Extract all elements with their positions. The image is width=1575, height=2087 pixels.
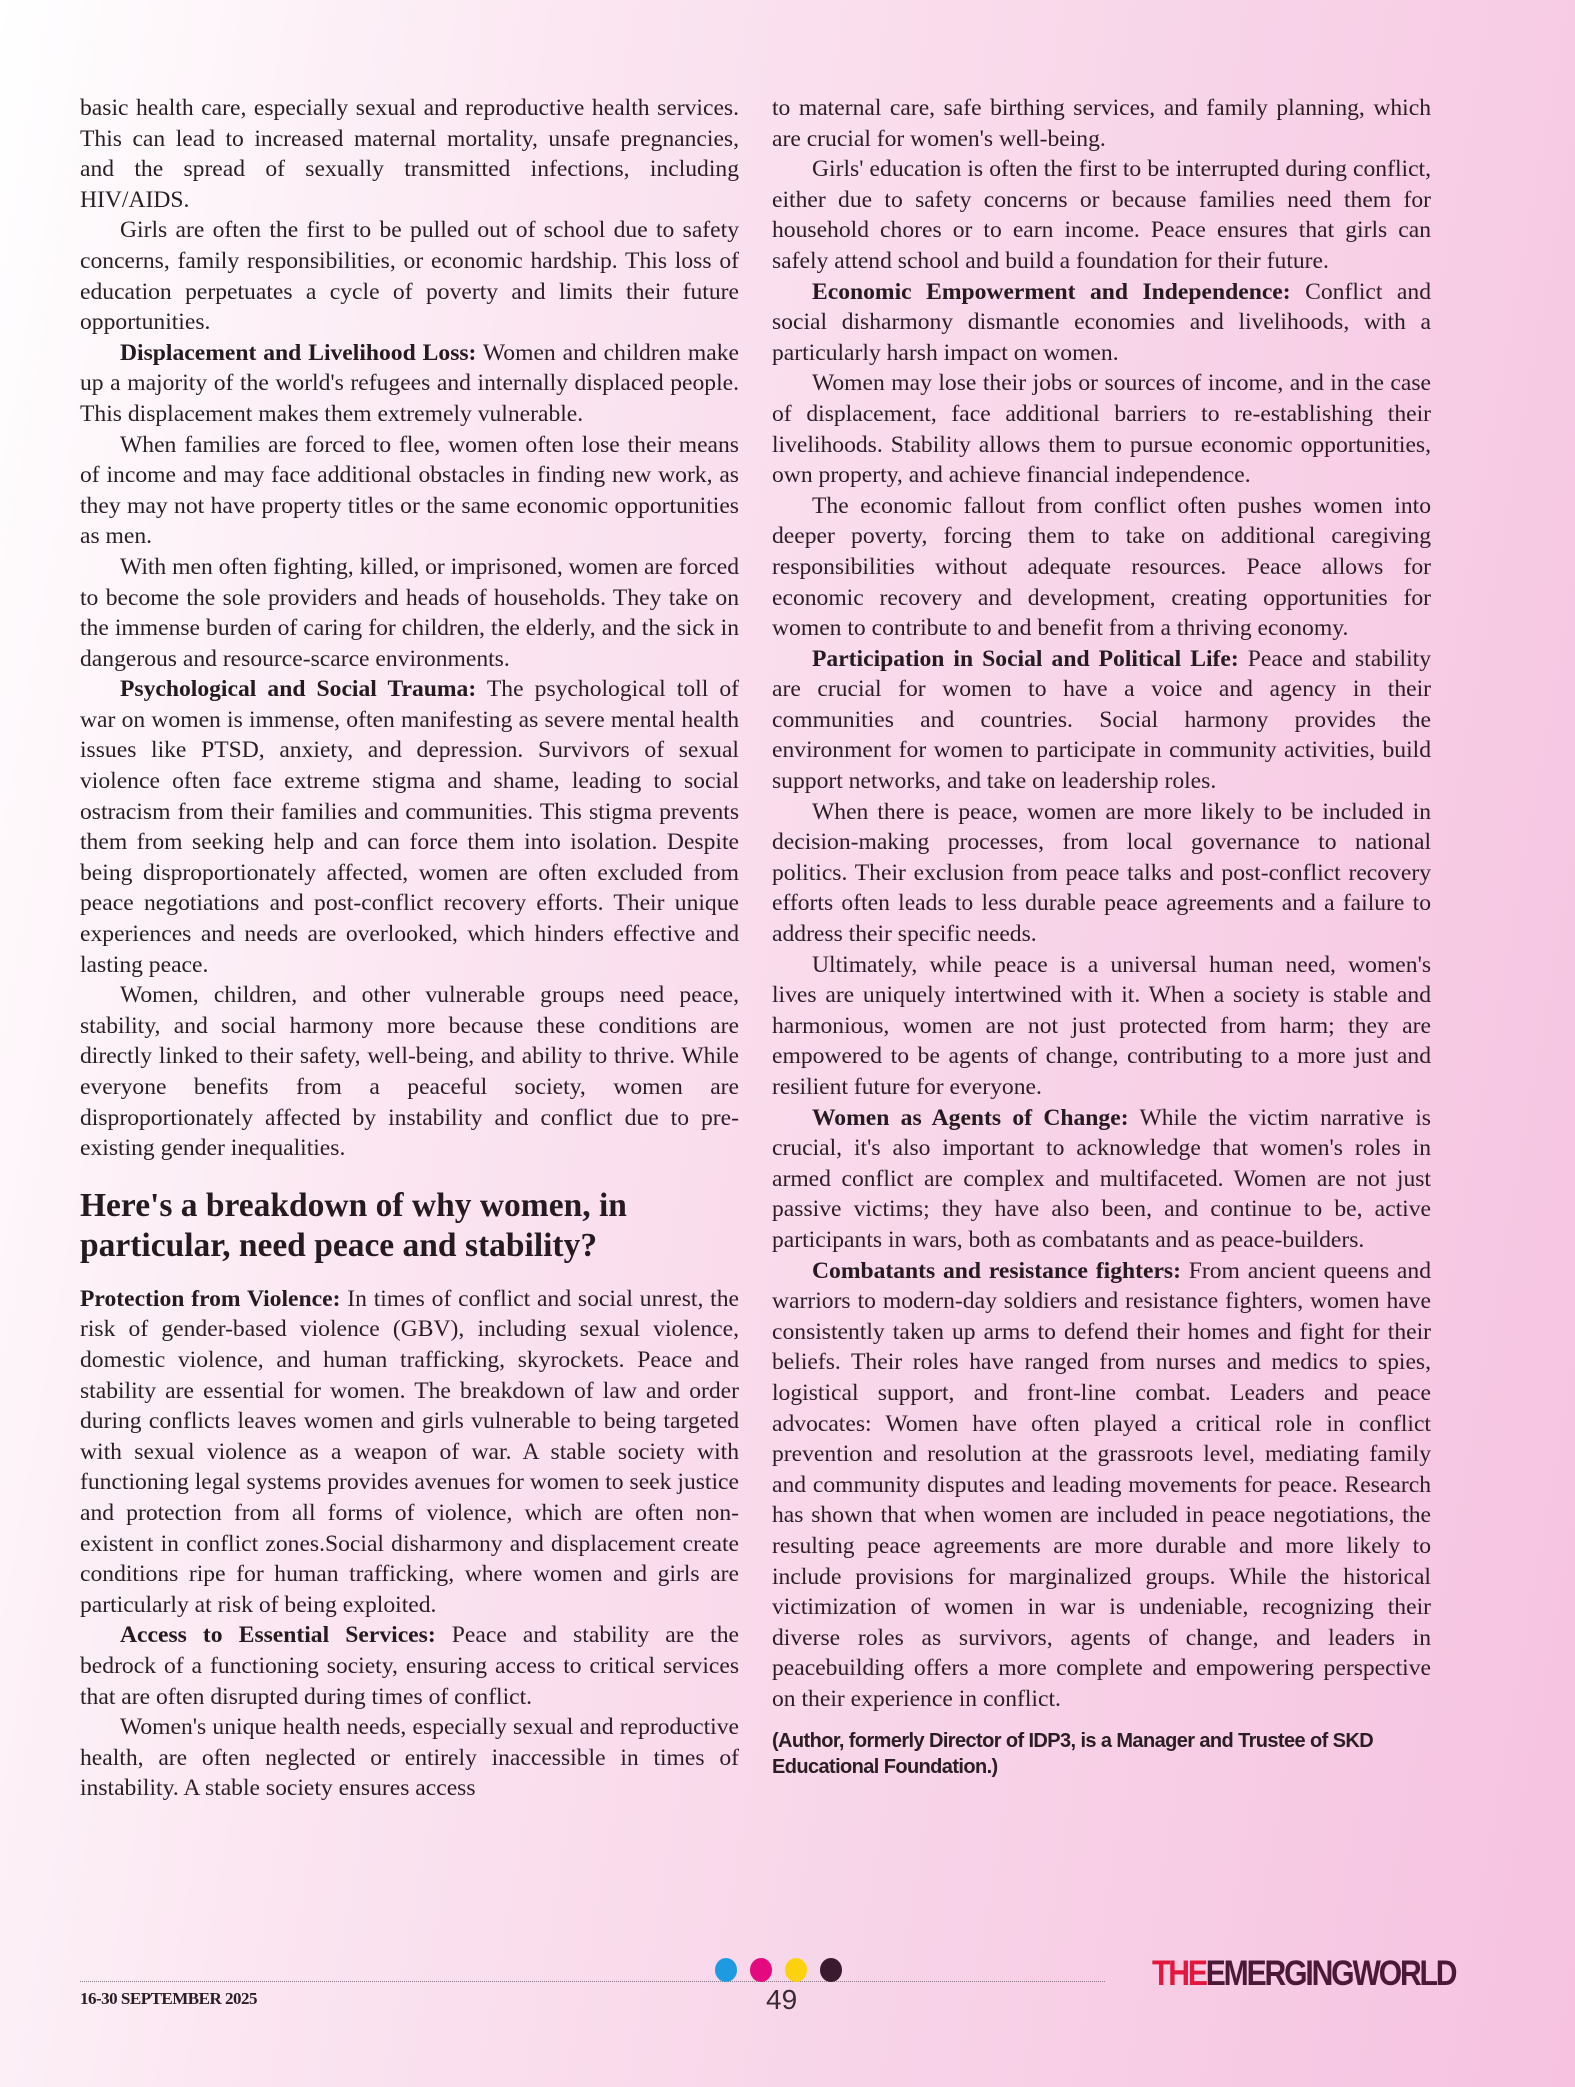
- article-paragraph: Access to Essential Services: Peace and …: [80, 1620, 739, 1712]
- article-paragraph: When there is peace, women are more like…: [772, 797, 1431, 950]
- article-paragraph: Protection from Violence: In times of co…: [80, 1284, 739, 1621]
- logo-the: THE: [1152, 1954, 1206, 1993]
- paragraph-text: Ultimately, while peace is a universal h…: [772, 952, 1431, 1100]
- paragraph-text: Women's unique health needs, especially …: [80, 1714, 739, 1801]
- article-paragraph: basic health care, especially sexual and…: [80, 93, 739, 215]
- paragraph-lead-heading: Participation in Social and Political Li…: [812, 646, 1239, 672]
- paragraph-text: The economic fallout from conflict often…: [772, 493, 1431, 641]
- paragraph-lead-heading: Economic Empowerment and Independence:: [812, 279, 1291, 305]
- issue-date: 16-30 SEPTEMBER 2025: [80, 1989, 257, 2009]
- right-column: to maternal care, safe birthing services…: [772, 93, 1431, 1780]
- page-number: 49: [766, 1984, 797, 2016]
- left-column-paragraphs-bottom: Protection from Violence: In times of co…: [80, 1284, 739, 1804]
- paragraph-lead-heading: Women as Agents of Change:: [812, 1105, 1129, 1131]
- footer-divider: [80, 1981, 1105, 1982]
- article-paragraph: Economic Empowerment and Independence: C…: [772, 277, 1431, 369]
- left-column: basic health care, especially sexual and…: [80, 93, 739, 1804]
- magazine-logo: THEEMERGINGWORLD: [1152, 1954, 1455, 1994]
- article-paragraph: Women may lose their jobs or sources of …: [772, 368, 1431, 490]
- article-paragraph: When families are forced to flee, women …: [80, 430, 739, 552]
- article-paragraph: Girls' education is often the first to b…: [772, 154, 1431, 276]
- paragraph-text: With men often fighting, killed, or impr…: [80, 554, 739, 672]
- paragraph-text: Women, children, and other vulnerable gr…: [80, 982, 739, 1161]
- article-paragraph: Combatants and resistance fighters: From…: [772, 1256, 1431, 1715]
- article-paragraph: Women, children, and other vulnerable gr…: [80, 980, 739, 1164]
- magenta-dot-icon: [750, 1958, 772, 1982]
- paragraph-text: basic health care, especially sexual and…: [80, 95, 739, 213]
- right-column-paragraphs: to maternal care, safe birthing services…: [772, 93, 1431, 1714]
- article-paragraph: Participation in Social and Political Li…: [772, 644, 1431, 797]
- article-paragraph: Ultimately, while peace is a universal h…: [772, 950, 1431, 1103]
- cmyk-dots: [715, 1958, 842, 1982]
- paragraph-text: When there is peace, women are more like…: [772, 799, 1431, 947]
- section-heading: Here's a breakdown of why women, in part…: [80, 1186, 739, 1266]
- yellow-dot-icon: [785, 1958, 807, 1982]
- article-paragraph: Girls are often the first to be pulled o…: [80, 215, 739, 337]
- cyan-dot-icon: [715, 1958, 737, 1982]
- black-dot-icon: [820, 1958, 842, 1982]
- paragraph-lead-heading: Psychological and Social Trauma:: [120, 676, 476, 702]
- paragraph-text: In times of conflict and social unrest, …: [80, 1286, 739, 1618]
- author-note: (Author, formerly Director of IDP3, is a…: [772, 1728, 1431, 1780]
- paragraph-lead-heading: Displacement and Livelihood Loss:: [120, 340, 476, 366]
- article-paragraph: Women as Agents of Change: While the vic…: [772, 1103, 1431, 1256]
- paragraph-text: Women may lose their jobs or sources of …: [772, 370, 1431, 488]
- article-paragraph: Women's unique health needs, especially …: [80, 1712, 739, 1804]
- logo-emerging-world: EMERGINGWORLD: [1206, 1954, 1456, 1993]
- article-paragraph: The economic fallout from conflict often…: [772, 491, 1431, 644]
- article-paragraph: With men often fighting, killed, or impr…: [80, 552, 739, 674]
- paragraph-text: From ancient queens and warriors to mode…: [772, 1258, 1431, 1712]
- paragraph-lead-heading: Access to Essential Services:: [120, 1622, 436, 1648]
- article-paragraph: Displacement and Livelihood Loss: Women …: [80, 338, 739, 430]
- article-paragraph: Psychological and Social Trauma: The psy…: [80, 674, 739, 980]
- paragraph-text: The psychologi­cal toll of war on women …: [80, 676, 739, 977]
- paragraph-text: Girls are often the first to be pulled o…: [80, 217, 739, 335]
- paragraph-text: Girls' education is often the first to b…: [772, 156, 1431, 274]
- paragraph-lead-heading: Protection from Violence:: [80, 1286, 340, 1312]
- paragraph-text: to maternal care, safe birthing services…: [772, 95, 1431, 152]
- left-column-paragraphs-top: basic health care, especially sexual and…: [80, 93, 739, 1164]
- article-paragraph: to maternal care, safe birthing services…: [772, 93, 1431, 154]
- paragraph-lead-heading: Combatants and resistance fighters:: [812, 1258, 1181, 1284]
- paragraph-text: When families are forced to flee, women …: [80, 432, 739, 550]
